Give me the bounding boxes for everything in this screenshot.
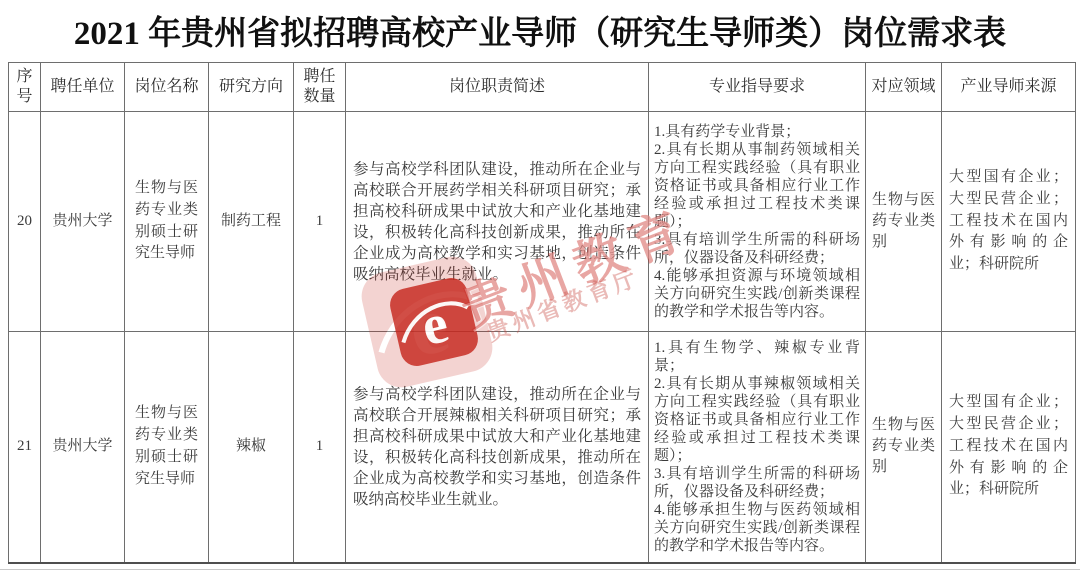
cell-quantity: 1 [294, 112, 346, 332]
cell-field: 生物与医药专业类别 [866, 112, 942, 332]
header-quantity: 聘任数量 [294, 63, 346, 112]
cell-employer: 贵州大学 [41, 112, 125, 332]
table-row: 20 贵州大学 生物与医药专业类别硕士研究生导师 制药工程 1 参与高校学科团队… [9, 112, 1076, 332]
header-research-direction: 研究方向 [209, 63, 294, 112]
positions-table: 序号 聘任单位 岗位名称 研究方向 聘任数量 岗位职责简述 专业指导要求 对应领… [8, 62, 1076, 564]
cell-mentor-source: 大型国有企业；大型民营企业；工程技术在国内外有影响的企业；科研院所 [942, 332, 1076, 563]
cell-duties: 参与高校学科团队建设，推动所在企业与高校联合开展辣椒相关科研项目研究；承担高校科… [346, 332, 649, 563]
header-employer: 聘任单位 [41, 63, 125, 112]
cell-serial: 21 [9, 332, 41, 563]
document-page: 2021 年贵州省拟招聘高校产业导师（研究生导师类）岗位需求表 序号 聘任单位 … [0, 0, 1080, 572]
header-requirements: 专业指导要求 [649, 63, 866, 112]
requirement-item: 1.具有生物学、辣椒专业背景； [654, 339, 860, 375]
requirement-item: 4.能够承担资源与环境领域相关方向研究生实践/创新类课程的教学和学术报告等内容。 [654, 267, 860, 321]
scan-edge-line [0, 569, 1080, 570]
table-header-row: 序号 聘任单位 岗位名称 研究方向 聘任数量 岗位职责简述 专业指导要求 对应领… [9, 63, 1076, 112]
requirement-item: 4.能够承担生物与医药领域相关方向研究生实践/创新类课程的教学和学术报告等内容。 [654, 501, 860, 555]
header-serial: 序号 [9, 63, 41, 112]
cell-field: 生物与医药专业类别 [866, 332, 942, 563]
cell-quantity: 1 [294, 332, 346, 563]
cell-research-direction: 制药工程 [209, 112, 294, 332]
requirement-item: 1.具有药学专业背景； [654, 123, 860, 141]
requirement-item: 3.具有培训学生所需的科研场所，仪器设备及科研经费； [654, 231, 860, 267]
cell-serial: 20 [9, 112, 41, 332]
requirement-item: 2.具有长期从事辣椒领域相关方向工程实践经验（具有职业资格证书或具备相应行业工作… [654, 375, 860, 465]
header-field: 对应领域 [866, 63, 942, 112]
cell-position: 生物与医药专业类别硕士研究生导师 [125, 112, 209, 332]
cell-position: 生物与医药专业类别硕士研究生导师 [125, 332, 209, 563]
cell-duties: 参与高校学科团队建设，推动所在企业与高校联合开展药学相关科研项目研究；承担高校科… [346, 112, 649, 332]
cell-research-direction: 辣椒 [209, 332, 294, 563]
table-row: 21 贵州大学 生物与医药专业类别硕士研究生导师 辣椒 1 参与高校学科团队建设… [9, 332, 1076, 563]
header-position: 岗位名称 [125, 63, 209, 112]
requirement-item: 2.具有长期从事制药领域相关方向工程实践经验（具有职业资格证书或具备相应行业工作… [654, 141, 860, 231]
header-mentor-source: 产业导师来源 [942, 63, 1076, 112]
cell-employer: 贵州大学 [41, 332, 125, 563]
cell-requirements: 1.具有生物学、辣椒专业背景； 2.具有长期从事辣椒领域相关方向工程实践经验（具… [649, 332, 866, 563]
requirement-item: 3.具有培训学生所需的科研场所，仪器设备及科研经费； [654, 465, 860, 501]
cell-mentor-source: 大型国有企业；大型民营企业；工程技术在国内外有影响的企业；科研院所 [942, 112, 1076, 332]
cell-requirements: 1.具有药学专业背景； 2.具有长期从事制药领域相关方向工程实践经验（具有职业资… [649, 112, 866, 332]
page-title: 2021 年贵州省拟招聘高校产业导师（研究生导师类）岗位需求表 [0, 0, 1080, 61]
header-duties: 岗位职责简述 [346, 63, 649, 112]
